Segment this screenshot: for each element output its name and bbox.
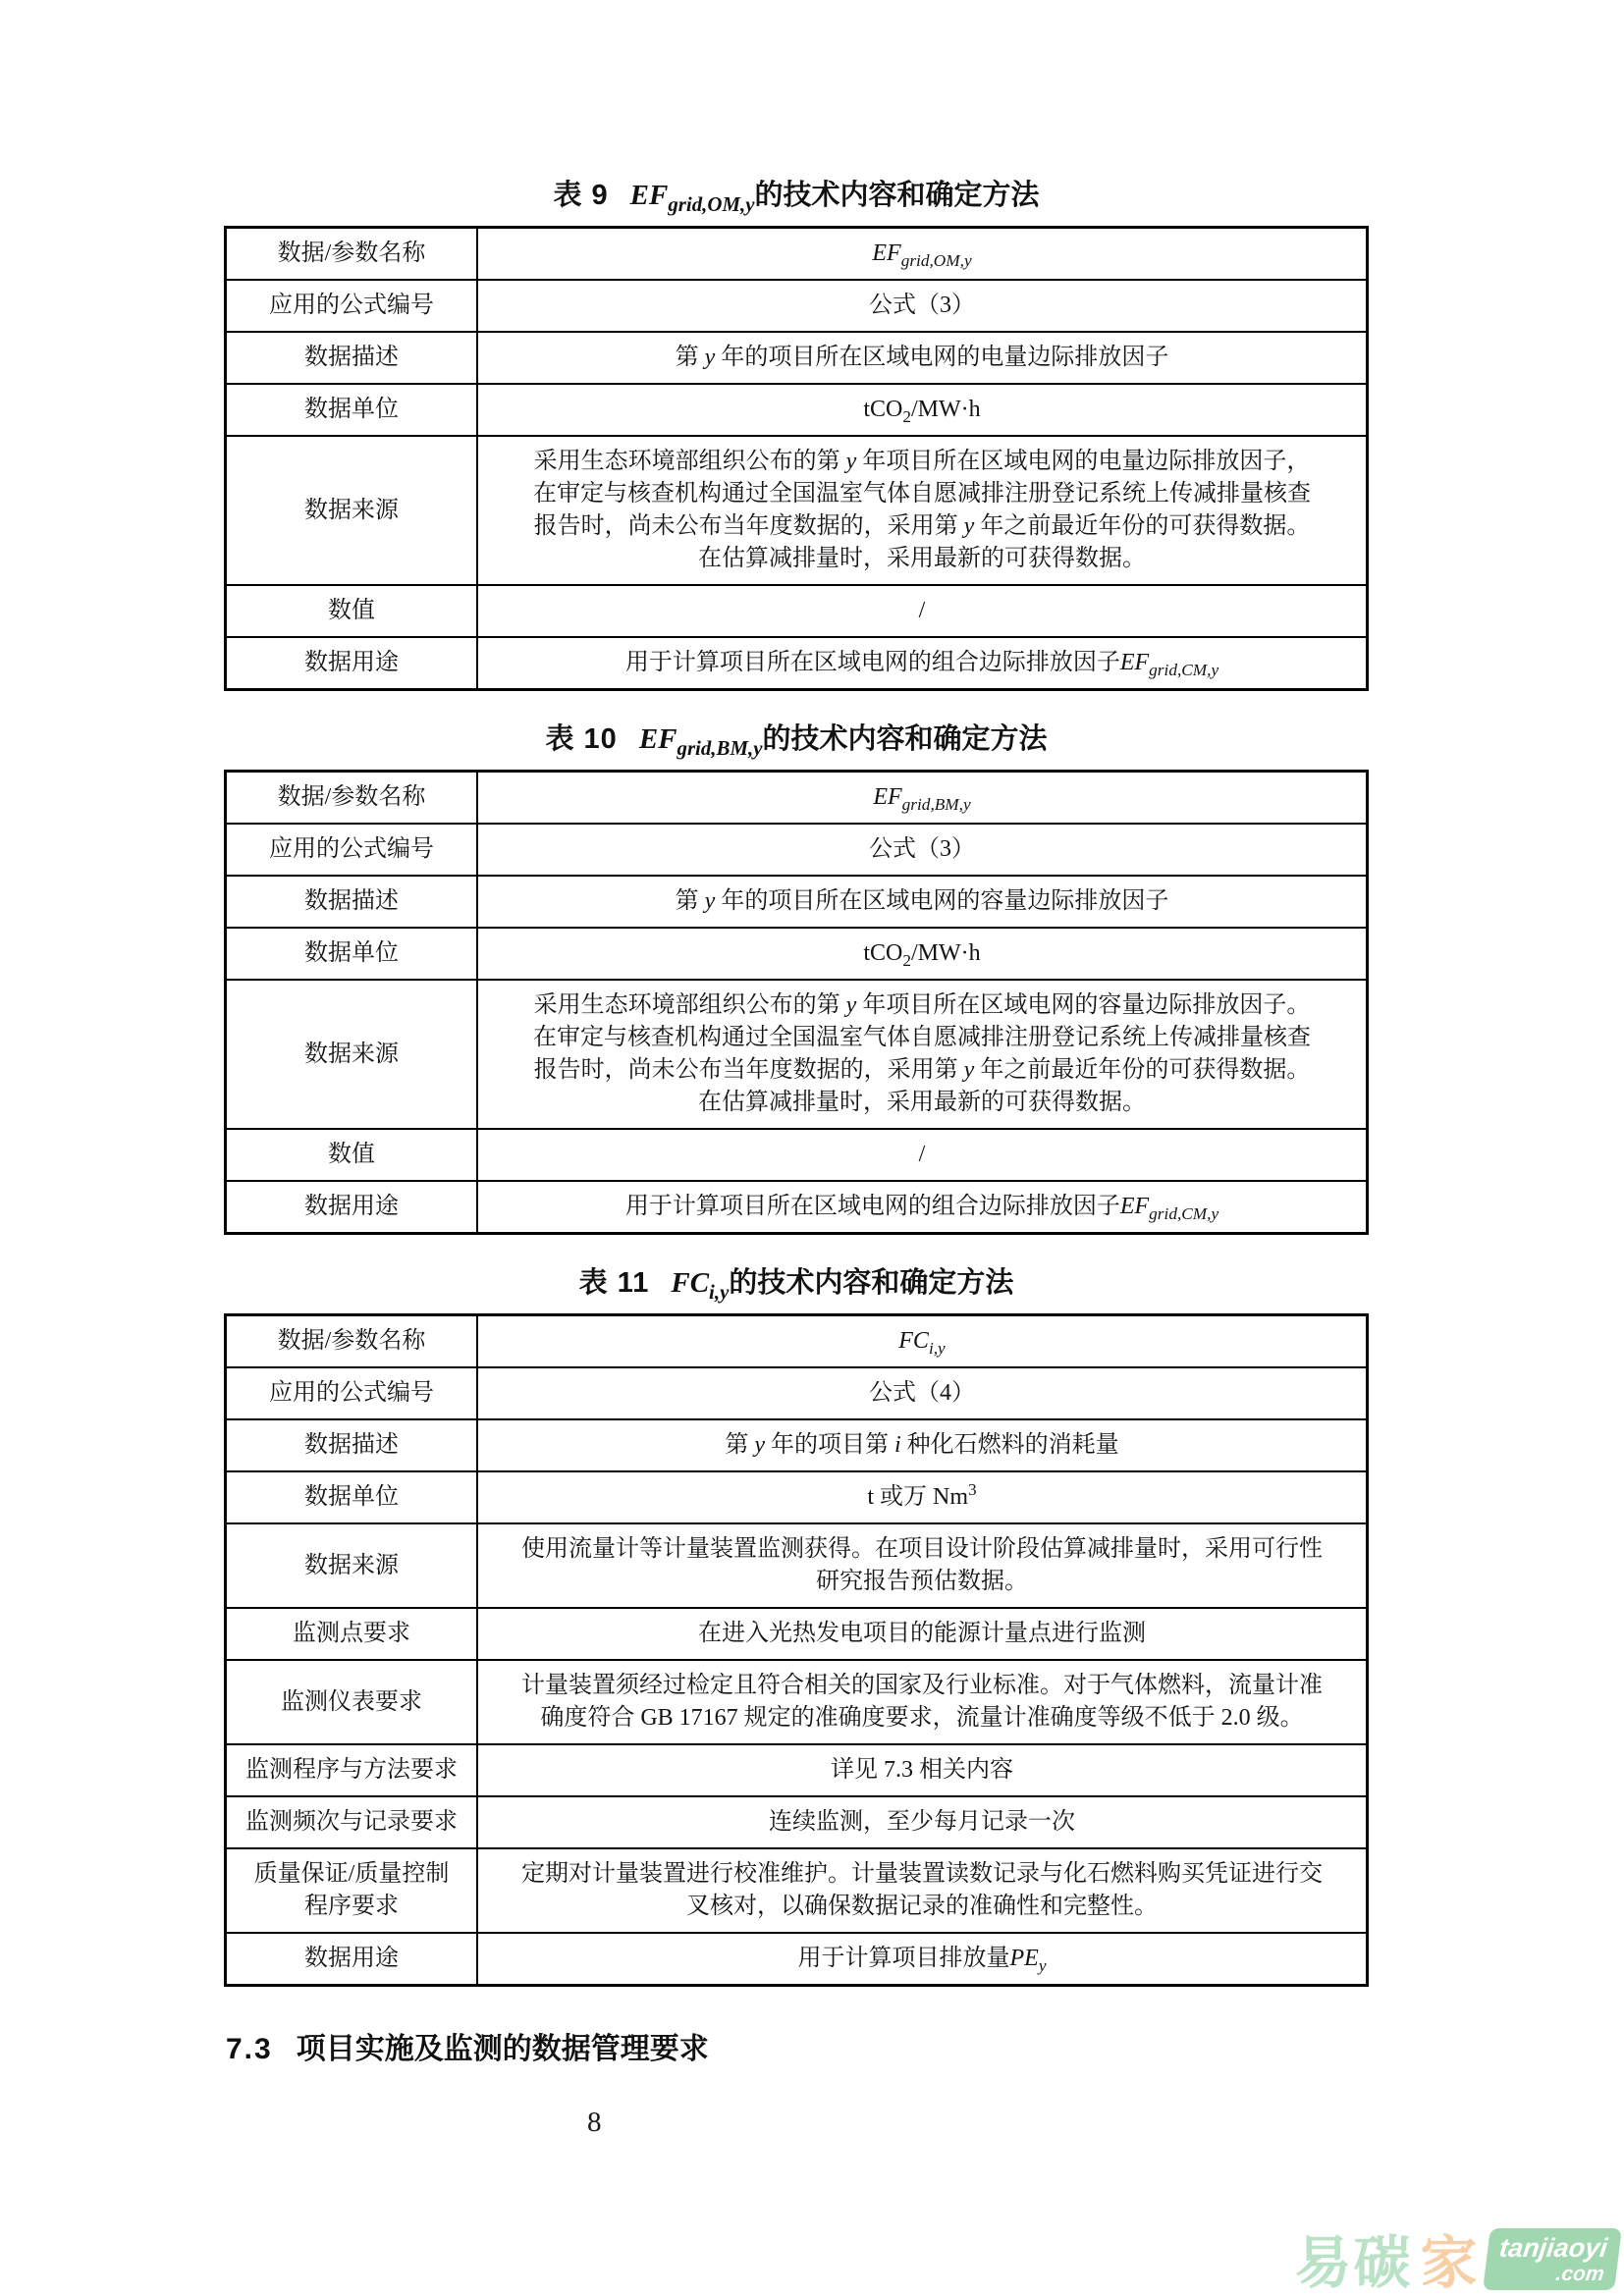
row-value: 用于计算项目所在区域电网的组合边际排放因子EFgrid,CM,y	[477, 637, 1368, 690]
text-run: 年项目所在区域电网的容量边际排放因子。	[856, 992, 1310, 1018]
table-row: 应用的公式编号公式（4）	[226, 1367, 1368, 1419]
row-value: tCO2/MW·h	[477, 384, 1368, 436]
text-run: grid,OM,y	[668, 192, 754, 216]
table-caption-formula: EFgrid,OM,y	[630, 180, 755, 211]
text-run: 种化石燃料的消耗量	[901, 1432, 1119, 1458]
table-caption-number: 表 9	[553, 180, 608, 211]
text-run: 在估算减排量时，采用最新的可获得数据。	[698, 1090, 1146, 1115]
watermark-logo: 易碳家 tanjiaoyi .com	[1294, 2228, 1618, 2292]
table-10-caption: 表 10EFgrid,BM,y的技术内容和确定方法	[224, 717, 1369, 757]
row-value: 定期对计量装置进行校准维护。计量装置读数记录与化石燃料购买凭证进行交叉核对，以确…	[477, 1848, 1368, 1933]
table-caption-formula: EFgrid,BM,y	[639, 723, 763, 755]
row-label: 应用的公式编号	[226, 1367, 478, 1419]
table-row: 数据描述第 y 年的项目所在区域电网的容量边际排放因子	[226, 876, 1368, 928]
text-run: /MW·h	[911, 940, 981, 966]
text-run: i	[894, 1432, 901, 1458]
text-run: 定期对计量装置进行校准维护。计量装置读数记录与化石燃料购买凭证进行交	[521, 1861, 1323, 1887]
text-run: 用于计算项目排放量	[798, 1946, 1010, 1971]
row-label: 数据描述	[226, 876, 478, 928]
row-label: 数据/参数名称	[226, 228, 478, 281]
row-value: 连续监测，至少每月记录一次	[477, 1796, 1368, 1848]
table-row: 监测点要求在进入光热发电项目的能源计量点进行监测	[226, 1608, 1368, 1660]
text-run: y	[964, 1057, 975, 1083]
table-row: 数据/参数名称FCi,y	[226, 1315, 1368, 1368]
text-run: 年的项目所在区域电网的容量边际排放因子	[715, 888, 1168, 914]
row-value: EFgrid,OM,y	[477, 228, 1368, 281]
table-9: 数据/参数名称EFgrid,OM,y应用的公式编号公式（3）数据描述第 y 年的…	[224, 226, 1369, 691]
table-caption-suffix: 的技术内容和确定方法	[729, 1267, 1013, 1299]
row-label: 数值	[226, 1129, 478, 1181]
text-run: EF	[630, 180, 669, 211]
text-run: 在进入光热发电项目的能源计量点进行监测	[698, 1621, 1146, 1646]
row-label: 数据来源	[226, 980, 478, 1129]
text-run: tCO	[863, 397, 902, 422]
row-value: 用于计算项目所在区域电网的组合边际排放因子EFgrid,CM,y	[477, 1181, 1368, 1234]
row-value: 在进入光热发电项目的能源计量点进行监测	[477, 1608, 1368, 1660]
text-run: y	[705, 888, 716, 914]
row-label: 数据/参数名称	[226, 772, 478, 825]
table-row: 数据来源采用生态环境部组织公布的第 y 年项目所在区域电网的容量边际排放因子。在…	[226, 980, 1368, 1129]
table-caption-formula: FCi,y	[671, 1267, 729, 1299]
row-label: 数据来源	[226, 436, 478, 585]
row-label: 数据/参数名称	[226, 1315, 478, 1368]
table-caption-suffix: 的技术内容和确定方法	[763, 723, 1048, 755]
text-run: tCO	[863, 940, 902, 966]
row-value: 详见 7.3 相关内容	[477, 1744, 1368, 1796]
row-value: 公式（3）	[477, 280, 1368, 332]
row-value: t 或万 Nm3	[477, 1471, 1368, 1523]
watermark-badge-line2: .com	[1495, 2264, 1605, 2284]
text-run: EF	[1120, 650, 1149, 675]
table-11-caption: 表 11FCi,y的技术内容和确定方法	[224, 1260, 1369, 1301]
table-row: 数据/参数名称EFgrid,BM,y	[226, 772, 1368, 825]
page-number: 8	[587, 2107, 602, 2139]
text-run: /MW·h	[911, 397, 981, 422]
table-caption-number: 表 11	[579, 1267, 650, 1299]
text-run: 在审定与核查机构通过全国温室气体自愿减排注册登记系统上传减排量核查	[533, 1025, 1311, 1050]
row-value: 用于计算项目排放量PEy	[477, 1933, 1368, 1986]
section-number: 7.3	[226, 2033, 273, 2065]
text-run: FC	[671, 1267, 709, 1299]
text-run: grid,CM,y	[1149, 661, 1218, 679]
text-run: 3	[968, 1480, 977, 1499]
text-run: 报告时，尚未公布当年度数据的，采用第	[534, 1057, 964, 1083]
row-label: 监测仪表要求	[226, 1660, 478, 1744]
row-label: 质量保证/质量控制程序要求	[226, 1848, 478, 1933]
watermark-text-orange: 家	[1420, 2235, 1479, 2292]
text-run: grid,BM,y	[677, 736, 763, 760]
table-row: 数值/	[226, 1129, 1368, 1181]
table-row: 数据来源采用生态环境部组织公布的第 y 年项目所在区域电网的电量边际排放因子，在…	[226, 436, 1368, 585]
table-11: 数据/参数名称FCi,y应用的公式编号公式（4）数据描述第 y 年的项目第 i …	[224, 1313, 1369, 1987]
row-value: tCO2/MW·h	[477, 928, 1368, 980]
text-run: grid,CM,y	[1149, 1204, 1218, 1223]
row-label: 应用的公式编号	[226, 824, 478, 876]
table-row: 应用的公式编号公式（3）	[226, 824, 1368, 876]
text-run: /	[919, 1142, 926, 1167]
table-caption-suffix: 的技术内容和确定方法	[755, 180, 1040, 211]
text-run: 年之前最近年份的可获得数据。	[974, 513, 1310, 539]
text-run: 第	[676, 888, 705, 914]
tables-host: 表 9EFgrid,OM,y的技术内容和确定方法数据/参数名称EFgrid,OM…	[224, 173, 1369, 1987]
text-run: i,y	[709, 1280, 729, 1304]
row-value: 公式（4）	[477, 1367, 1368, 1419]
text-run: 用于计算项目所在区域电网的组合边际排放因子	[625, 650, 1120, 675]
text-run: 确度符合 GB 17167 规定的准确度要求，流量计准确度等级不低于 2.0 级…	[540, 1705, 1303, 1731]
row-value: 采用生态环境部组织公布的第 y 年项目所在区域电网的容量边际排放因子。在审定与核…	[477, 980, 1368, 1129]
table-row: 应用的公式编号公式（3）	[226, 280, 1368, 332]
row-label: 数值	[226, 585, 478, 637]
text-run: /	[919, 598, 926, 623]
table-row: 数据描述第 y 年的项目所在区域电网的电量边际排放因子	[226, 332, 1368, 384]
row-value: 第 y 年的项目第 i 种化石燃料的消耗量	[477, 1419, 1368, 1471]
row-value: FCi,y	[477, 1315, 1368, 1368]
text-run: FC	[898, 1328, 929, 1354]
text-run: 2	[902, 951, 911, 970]
table-row: 监测频次与记录要求连续监测，至少每月记录一次	[226, 1796, 1368, 1848]
row-value: EFgrid,BM,y	[477, 772, 1368, 825]
text-run: 在审定与核查机构通过全国温室气体自愿减排注册登记系统上传减排量核查	[533, 481, 1311, 507]
text-run: 年之前最近年份的可获得数据。	[974, 1057, 1310, 1083]
row-label: 数据用途	[226, 1181, 478, 1234]
row-label: 数据描述	[226, 1419, 478, 1471]
section-title: 项目实施及监测的数据管理要求	[297, 2033, 709, 2065]
text-run: EF	[1120, 1194, 1149, 1219]
table-row: 数据用途用于计算项目排放量PEy	[226, 1933, 1368, 1986]
row-value: 公式（3）	[477, 824, 1368, 876]
document-page: { "page": { "number": "8", "section": { …	[0, 0, 1624, 2296]
row-label: 数据描述	[226, 332, 478, 384]
section-heading: 7.3项目实施及监测的数据管理要求	[226, 2024, 1369, 2067]
text-run: 在估算减排量时，采用最新的可获得数据。	[698, 546, 1146, 571]
text-run: 第	[725, 1432, 754, 1458]
text-run: EF	[873, 784, 901, 810]
text-run: y	[846, 992, 857, 1018]
text-run: y	[705, 345, 716, 370]
text-run: t 或万 Nm	[867, 1484, 968, 1510]
table-caption-number: 表 10	[545, 723, 617, 755]
text-run: 报告时，尚未公布当年度数据的，采用第	[534, 513, 964, 539]
table-row: 数据用途用于计算项目所在区域电网的组合边际排放因子EFgrid,CM,y	[226, 1181, 1368, 1234]
text-run: y	[964, 513, 975, 539]
text-run: 使用流量计等计量装置监测获得。在项目设计阶段估算减排量时，采用可行性	[521, 1536, 1323, 1562]
text-run: 公式（4）	[869, 1380, 975, 1406]
row-value: /	[477, 1129, 1368, 1181]
watermark-badge: tanjiaoyi .com	[1484, 2228, 1622, 2290]
table-row: 数值/	[226, 585, 1368, 637]
text-run: 采用生态环境部组织公布的第	[534, 992, 846, 1018]
text-run: grid,BM,y	[902, 795, 971, 814]
page-content: 表 9EFgrid,OM,y的技术内容和确定方法数据/参数名称EFgrid,OM…	[224, 0, 1369, 2067]
text-run: 年的项目所在区域电网的电量边际排放因子	[715, 345, 1168, 370]
text-run: 计量装置须经过检定且符合相关的国家及行业标准。对于气体燃料，流量计准	[521, 1673, 1323, 1698]
row-value: 第 y 年的项目所在区域电网的电量边际排放因子	[477, 332, 1368, 384]
table-10: 数据/参数名称EFgrid,BM,y应用的公式编号公式（3）数据描述第 y 年的…	[224, 770, 1369, 1235]
text-run: EF	[639, 723, 677, 755]
row-label: 应用的公式编号	[226, 280, 478, 332]
row-label: 数据单位	[226, 384, 478, 436]
text-run: y	[1039, 1956, 1047, 1975]
text-run: 连续监测，至少每月记录一次	[769, 1809, 1075, 1835]
text-run: 详见 7.3 相关内容	[831, 1757, 1013, 1783]
text-run: 年项目所在区域电网的电量边际排放因子，	[856, 449, 1310, 474]
text-run: PE	[1010, 1946, 1039, 1971]
row-value: 使用流量计等计量装置监测获得。在项目设计阶段估算减排量时，采用可行性研究报告预估…	[477, 1523, 1368, 1608]
text-run: 研究报告预估数据。	[816, 1569, 1028, 1594]
row-label: 数据单位	[226, 928, 478, 980]
text-run: 公式（3）	[869, 836, 975, 862]
table-9-caption: 表 9EFgrid,OM,y的技术内容和确定方法	[224, 173, 1369, 213]
text-run: y	[846, 449, 857, 474]
text-run: EF	[872, 240, 900, 266]
text-run: 第	[676, 345, 705, 370]
table-row: 数据单位tCO2/MW·h	[226, 384, 1368, 436]
row-label: 监测程序与方法要求	[226, 1744, 478, 1796]
table-row: 监测程序与方法要求详见 7.3 相关内容	[226, 1744, 1368, 1796]
row-label: 数据单位	[226, 1471, 478, 1523]
table-row: 数据用途用于计算项目所在区域电网的组合边际排放因子EFgrid,CM,y	[226, 637, 1368, 690]
watermark-text-green: 易碳	[1294, 2235, 1412, 2292]
table-row: 数据描述第 y 年的项目第 i 种化石燃料的消耗量	[226, 1419, 1368, 1471]
table-row: 监测仪表要求计量装置须经过检定且符合相关的国家及行业标准。对于气体燃料，流量计准…	[226, 1660, 1368, 1744]
row-value: 计量装置须经过检定且符合相关的国家及行业标准。对于气体燃料，流量计准确度符合 G…	[477, 1660, 1368, 1744]
text-run: 叉核对，以确保数据记录的准确性和完整性。	[686, 1894, 1158, 1919]
row-label: 数据用途	[226, 637, 478, 690]
row-value: 第 y 年的项目所在区域电网的容量边际排放因子	[477, 876, 1368, 928]
text-run: y	[754, 1432, 765, 1458]
text-run: 采用生态环境部组织公布的第	[534, 449, 846, 474]
row-value: /	[477, 585, 1368, 637]
row-label: 监测点要求	[226, 1608, 478, 1660]
text-run: 年的项目第	[765, 1432, 894, 1458]
table-row: 数据/参数名称EFgrid,OM,y	[226, 228, 1368, 281]
row-value: 采用生态环境部组织公布的第 y 年项目所在区域电网的电量边际排放因子，在审定与核…	[477, 436, 1368, 585]
row-label: 监测频次与记录要求	[226, 1796, 478, 1848]
table-row: 数据单位t 或万 Nm3	[226, 1471, 1368, 1523]
text-run: 公式（3）	[869, 293, 975, 318]
table-row: 数据单位tCO2/MW·h	[226, 928, 1368, 980]
table-row: 数据来源使用流量计等计量装置监测获得。在项目设计阶段估算减排量时，采用可行性研究…	[226, 1523, 1368, 1608]
row-label: 数据来源	[226, 1523, 478, 1608]
text-run: 2	[902, 407, 911, 426]
text-run: grid,OM,y	[901, 251, 972, 270]
text-run: i,y	[929, 1339, 946, 1358]
table-row: 质量保证/质量控制程序要求定期对计量装置进行校准维护。计量装置读数记录与化石燃料…	[226, 1848, 1368, 1933]
row-label: 数据用途	[226, 1933, 478, 1986]
text-run: 用于计算项目所在区域电网的组合边际排放因子	[625, 1194, 1120, 1219]
watermark-badge-line1: tanjiaoyi	[1498, 2235, 1609, 2262]
